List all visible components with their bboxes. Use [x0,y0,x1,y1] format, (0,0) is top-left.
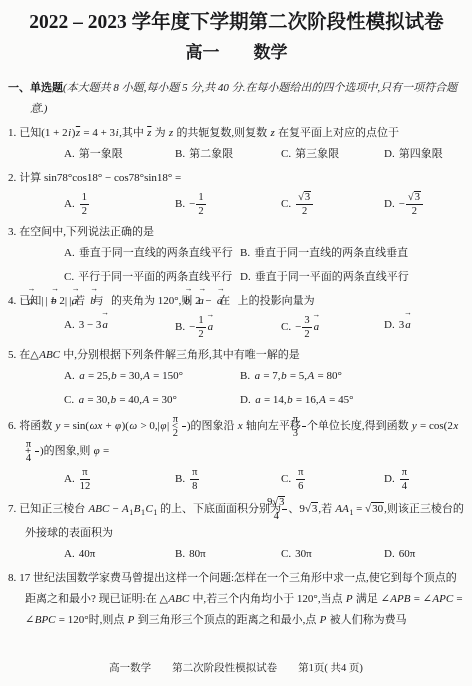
question-number: 7. [8,503,16,515]
option-d: D.垂直于同一平面的两条直线平行 [240,267,465,288]
question-text: 已知正三棱台 ABC − A1B1C1 的上、下底面面积分别为9√34、9√3,… [19,503,464,539]
option-label: A. [64,548,75,560]
question-8-stem: 8.17 世纪法国数学家费马曾提出这样一个问题:怎样在一个三角形中求一点,使它到… [8,568,465,631]
question-4-stem: 4.已知|a| = 2|b|,若 a 与 b 的夹角为 120°,则 2b − … [8,291,465,312]
option-label: C. [281,548,291,560]
option-text: √32 [295,198,314,210]
option-text: −12 [189,198,206,210]
question-text: 已知|a| = 2|b|,若 a 与 b 的夹角为 120°,则 2b − a … [19,295,314,307]
option-label: D. [384,198,395,210]
question-7: 7.已知正三棱台 ABC − A1B1C1 的上、下底面面积分别为9√34、9√… [8,497,465,565]
question-6-stem: 6.将函数 y = sin(ωx + φ)(ω > 0,|φ| < π2)的图象… [8,414,465,464]
question-text: 在空间中,下列说法正确的是 [19,226,154,238]
option-b: B.80π [175,544,281,565]
question-1: 1.已知(1 + 2i)z = 4 + 3i,其中 z 为 z 的共轭复数,则复… [8,123,465,165]
option-label: B. [175,148,185,160]
question-6-options: A.π12 B.π8 C.π6 D.π4 [64,464,465,494]
question-4-options: A.3 − 3a B.−12a C.−32a D.3a [64,312,465,342]
option-label: C. [281,473,291,485]
option-label: D. [384,473,395,485]
question-3-stem: 3.在空间中,下列说法正确的是 [8,222,465,243]
question-number: 1. [8,127,16,139]
option-c: C.−32a [281,315,384,340]
option-label: B. [175,473,185,485]
option-b: B.第二象限 [175,144,281,165]
option-text: 第二象限 [189,148,233,160]
option-text: 80π [189,548,206,560]
option-c: C.30π [281,544,384,565]
question-7-stem: 7.已知正三棱台 ABC − A1B1C1 的上、下底面面积分别为9√34、9√… [8,497,465,544]
section-title: 一、单选题 [8,82,63,94]
option-label: B. [175,548,185,560]
option-d: D.60π [384,544,465,565]
option-label: C. [64,394,74,406]
option-a: A.垂直于同一直线的两条直线平行 [64,243,240,264]
option-d: D.第四象限 [384,144,465,165]
option-c: C.a = 30,b = 40,A = 30° [64,390,240,411]
option-text: 60π [399,548,416,560]
option-a: A.40π [64,544,175,565]
option-label: C. [281,148,291,160]
question-text: 已知(1 + 2i)z = 4 + 3i,其中 z 为 z 的共轭复数,则复数 … [19,127,399,139]
option-text: 40π [79,548,96,560]
question-1-options: A.第一象限 B.第二象限 C.第三象限 D.第四象限 [64,144,465,165]
question-6: 6.将函数 y = sin(ωx + φ)(ω > 0,|φ| < π2)的图象… [8,414,465,494]
question-text: 将函数 y = sin(ωx + φ)(ω > 0,|φ| < π2)的图象沿 … [19,420,458,457]
option-a: A.π12 [64,467,175,492]
option-a: A.a = 25,b = 30,A = 150° [64,366,240,387]
option-label: A. [64,247,75,259]
option-text: 3 − 3a [79,319,109,331]
question-3: 3.在空间中,下列说法正确的是 A.垂直于同一直线的两条直线平行 B.垂直于同一… [8,222,465,288]
question-2-stem: 2.计算 sin78°cos18° − cos78°sin18° = [8,168,465,189]
option-label: D. [384,319,395,331]
option-text: 12 [79,198,90,210]
question-8: 8.17 世纪法国数学家费马曾提出这样一个问题:怎样在一个三角形中求一点,使它到… [8,568,465,631]
option-c: C.π6 [281,467,384,492]
option-label: A. [64,198,75,210]
page-subtitle: 高一 数学 [8,41,465,65]
option-label: D. [240,271,251,283]
option-label: C. [64,271,74,283]
option-label: D. [384,148,395,160]
question-number: 6. [8,420,16,432]
option-c: C.第三象限 [281,144,384,165]
option-label: B. [240,247,250,259]
option-label: B. [240,370,250,382]
exam-paper-page: 2022 – 2023 学年度下学期第二次阶段性模拟试卷 高一 数学 一、单选题… [0,0,472,686]
option-d: D.3a [384,315,465,340]
question-1-stem: 1.已知(1 + 2i)z = 4 + 3i,其中 z 为 z 的共轭复数,则复… [8,123,465,144]
option-c: C.√32 [281,192,384,217]
option-text: 第一象限 [79,148,123,160]
option-text: a = 7,b = 5,A = 80° [254,370,342,382]
option-d: D.π4 [384,467,465,492]
option-text: 第三象限 [295,148,339,160]
section-instructions: (本大题共 8 小题,每小题 5 分,共 40 分.在每小题给出的四个选项中,只… [30,82,457,115]
option-text: 垂直于同一平面的两条直线平行 [255,271,409,283]
option-text: π12 [79,473,92,485]
option-b: B.a = 7,b = 5,A = 80° [240,366,465,387]
option-a: A.3 − 3a [64,315,175,340]
question-number: 8. [8,572,16,584]
option-label: C. [281,198,291,210]
option-text: 30π [295,548,312,560]
question-number: 2. [8,172,16,184]
option-text: −12a [189,321,214,333]
option-label: A. [64,473,75,485]
option-label: A. [64,148,75,160]
question-5: 5.在△ABC 中,分别根据下列条件解三角形,其中有唯一解的是 A.a = 25… [8,345,465,411]
question-number: 4. [8,295,16,307]
option-b: B.−12a [175,315,281,340]
page-title: 2022 – 2023 学年度下学期第二次阶段性模拟试卷 [8,10,465,36]
option-label: B. [175,321,185,333]
option-text: −32a [295,321,320,333]
option-text: a = 14,b = 16,A = 45° [255,394,354,406]
option-text: −√32 [399,198,424,210]
question-number: 5. [8,349,16,361]
option-text: 垂直于同一直线的两条直线垂直 [254,247,408,259]
option-text: a = 25,b = 30,A = 150° [79,370,183,382]
option-label: A. [64,370,75,382]
question-4: 4.已知|a| = 2|b|,若 a 与 b 的夹角为 120°,则 2b − … [8,291,465,342]
question-3-options: A.垂直于同一直线的两条直线平行 B.垂直于同一直线的两条直线垂直 C.平行于同… [64,243,465,288]
option-a: A.12 [64,192,175,217]
option-d: D.−√32 [384,192,465,217]
option-label: C. [281,321,291,333]
question-text: 在△ABC 中,分别根据下列条件解三角形,其中有唯一解的是 [19,349,300,361]
option-label: B. [175,198,185,210]
question-2-options: A.12 B.−12 C.√32 D.−√32 [64,189,465,219]
question-number: 3. [8,226,16,238]
option-d: D.a = 14,b = 16,A = 45° [240,390,465,411]
question-5-options: A.a = 25,b = 30,A = 150° B.a = 7,b = 5,A… [64,366,465,411]
question-text: 17 世纪法国数学家费马曾提出这样一个问题:怎样在一个三角形中求一点,使它到每个… [19,572,462,626]
question-7-options: A.40π B.80π C.30π D.60π [64,544,465,565]
option-text: 垂直于同一直线的两条直线平行 [79,247,233,259]
option-text: 3a [399,319,412,331]
option-text: 平行于同一平面的两条直线平行 [78,271,232,283]
option-label: D. [240,394,251,406]
page-footer: 高一数学 第二次阶段性模拟试卷 第1页( 共4 页) [0,658,472,679]
option-b: B.π8 [175,467,281,492]
option-text: π4 [399,473,410,485]
question-text: 计算 sin78°cos18° − cos78°sin18° = [19,172,181,184]
option-text: a = 30,b = 40,A = 30° [78,394,177,406]
option-text: π6 [295,473,306,485]
option-b: B.垂直于同一直线的两条直线垂直 [240,243,465,264]
option-text: π8 [189,473,200,485]
section-header: 一、单选题(本大题共 8 小题,每小题 5 分,共 40 分.在每小题给出的四个… [8,78,465,120]
option-label: D. [384,548,395,560]
question-2: 2.计算 sin78°cos18° − cos78°sin18° = A.12 … [8,168,465,219]
question-5-stem: 5.在△ABC 中,分别根据下列条件解三角形,其中有唯一解的是 [8,345,465,366]
option-a: A.第一象限 [64,144,175,165]
option-b: B.−12 [175,192,281,217]
option-label: A. [64,319,75,331]
option-text: 第四象限 [399,148,443,160]
